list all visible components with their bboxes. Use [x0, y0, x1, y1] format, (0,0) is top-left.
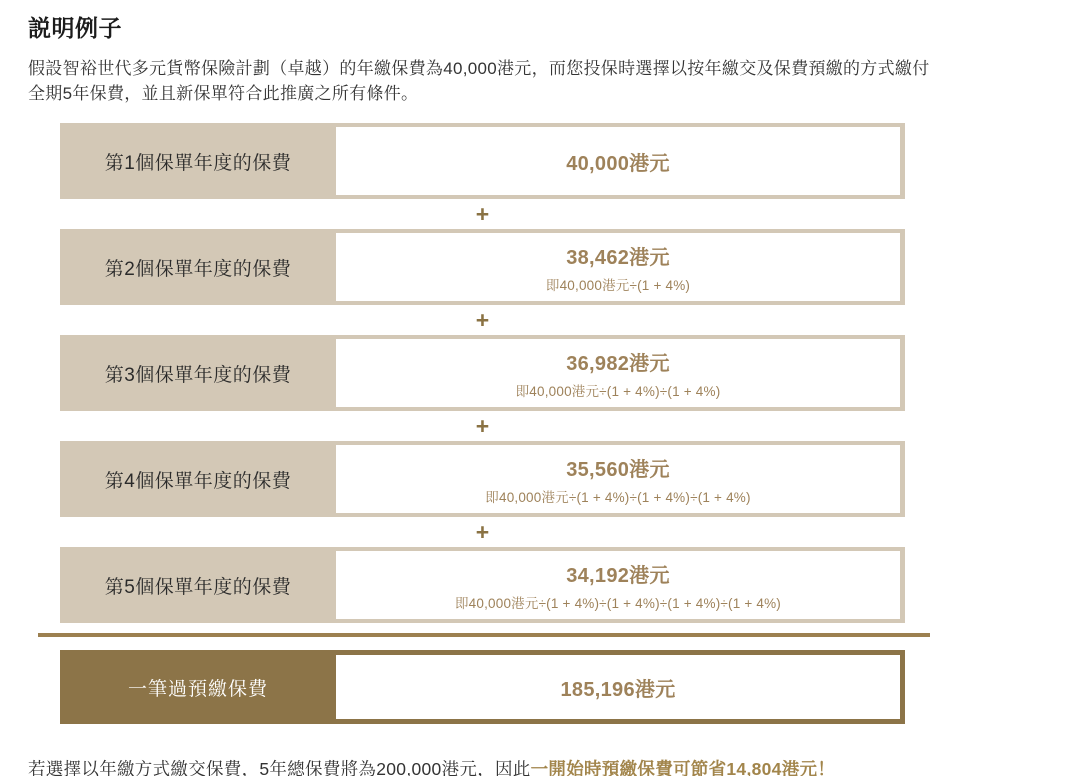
premium-row-year-3: 第3個保單年度的保費 36,982港元 即40,000港元÷(1 + 4%)÷(…	[60, 335, 905, 411]
premium-row-year-5: 第5個保單年度的保費 34,192港元 即40,000港元÷(1 + 4%)÷(…	[60, 547, 905, 623]
premium-formula: 即40,000港元÷(1 + 4%)	[546, 274, 690, 294]
plus-icon: +	[476, 413, 489, 440]
plus-separator: +	[60, 411, 905, 441]
intro-text-line-2: 全期5年保費，並且新保單符合此推廣之所有條件。	[28, 81, 1040, 106]
policy-year-label: 第2個保單年度的保費	[60, 229, 336, 305]
policy-year-label: 第1個保單年度的保費	[60, 123, 336, 199]
premium-value-box: 36,982港元 即40,000港元÷(1 + 4%)÷(1 + 4%)	[336, 339, 900, 407]
footer-prefix: 若選擇以年繳方式繳交保費，5年總保費將為200,000港元，因此	[28, 759, 531, 776]
policy-year-label: 第3個保單年度的保費	[60, 335, 336, 411]
premium-formula: 即40,000港元÷(1 + 4%)÷(1 + 4%)÷(1 + 4%)÷(1 …	[455, 592, 781, 612]
premium-formula: 即40,000港元÷(1 + 4%)÷(1 + 4%)÷(1 + 4%)	[485, 486, 750, 506]
document-page: 説明例子 假設智裕世代多元貨幣保險計劃（卓越）的年繳保費為40,000港元，而您…	[0, 0, 1080, 776]
premium-value-box: 35,560港元 即40,000港元÷(1 + 4%)÷(1 + 4%)÷(1 …	[336, 445, 900, 513]
intro-text-line-1: 假設智裕世代多元貨幣保險計劃（卓越）的年繳保費為40,000港元，而您投保時選擇…	[28, 56, 1040, 81]
footer-text: 若選擇以年繳方式繳交保費，5年總保費將為200,000港元，因此一開始時預繳保費…	[28, 756, 1040, 776]
premium-formula: 即40,000港元÷(1 + 4%)÷(1 + 4%)	[516, 380, 721, 400]
plus-icon: +	[476, 201, 489, 228]
premium-value-box: 40,000港元	[336, 127, 900, 195]
premium-value-box: 38,462港元 即40,000港元÷(1 + 4%)	[336, 233, 900, 301]
page-title: 説明例子	[28, 10, 1040, 43]
premium-row-year-4: 第4個保單年度的保費 35,560港元 即40,000港元÷(1 + 4%)÷(…	[60, 441, 905, 517]
divider-line	[38, 633, 930, 637]
premium-amount: 36,982港元	[566, 347, 670, 376]
total-amount: 185,196港元	[561, 673, 676, 702]
footer-savings-highlight: 一開始時預繳保費可節省14,804港元！	[531, 759, 836, 776]
premium-value-box: 34,192港元 即40,000港元÷(1 + 4%)÷(1 + 4%)÷(1 …	[336, 551, 900, 619]
plus-separator: +	[60, 199, 905, 229]
intro-paragraph: 假設智裕世代多元貨幣保險計劃（卓越）的年繳保費為40,000港元，而您投保時選擇…	[28, 56, 1040, 106]
total-label: 一筆過預繳保費	[60, 650, 336, 724]
premium-amount: 34,192港元	[566, 559, 670, 588]
premium-amount: 38,462港元	[566, 241, 670, 270]
total-value-box: 185,196港元	[336, 655, 900, 719]
plus-separator: +	[60, 305, 905, 335]
total-premium-row: 一筆過預繳保費 185,196港元	[60, 650, 905, 724]
plus-icon: +	[476, 307, 489, 334]
policy-year-label: 第5個保單年度的保費	[60, 547, 336, 623]
premium-amount: 35,560港元	[566, 453, 670, 482]
premium-amount: 40,000港元	[566, 147, 670, 176]
premium-row-year-1: 第1個保單年度的保費 40,000港元	[60, 123, 905, 199]
plus-icon: +	[476, 519, 489, 546]
policy-year-label: 第4個保單年度的保費	[60, 441, 336, 517]
premium-table: 第1個保單年度的保費 40,000港元 + 第2個保單年度的保費 38,462港…	[60, 123, 905, 724]
plus-separator: +	[60, 517, 905, 547]
premium-row-year-2: 第2個保單年度的保費 38,462港元 即40,000港元÷(1 + 4%)	[60, 229, 905, 305]
